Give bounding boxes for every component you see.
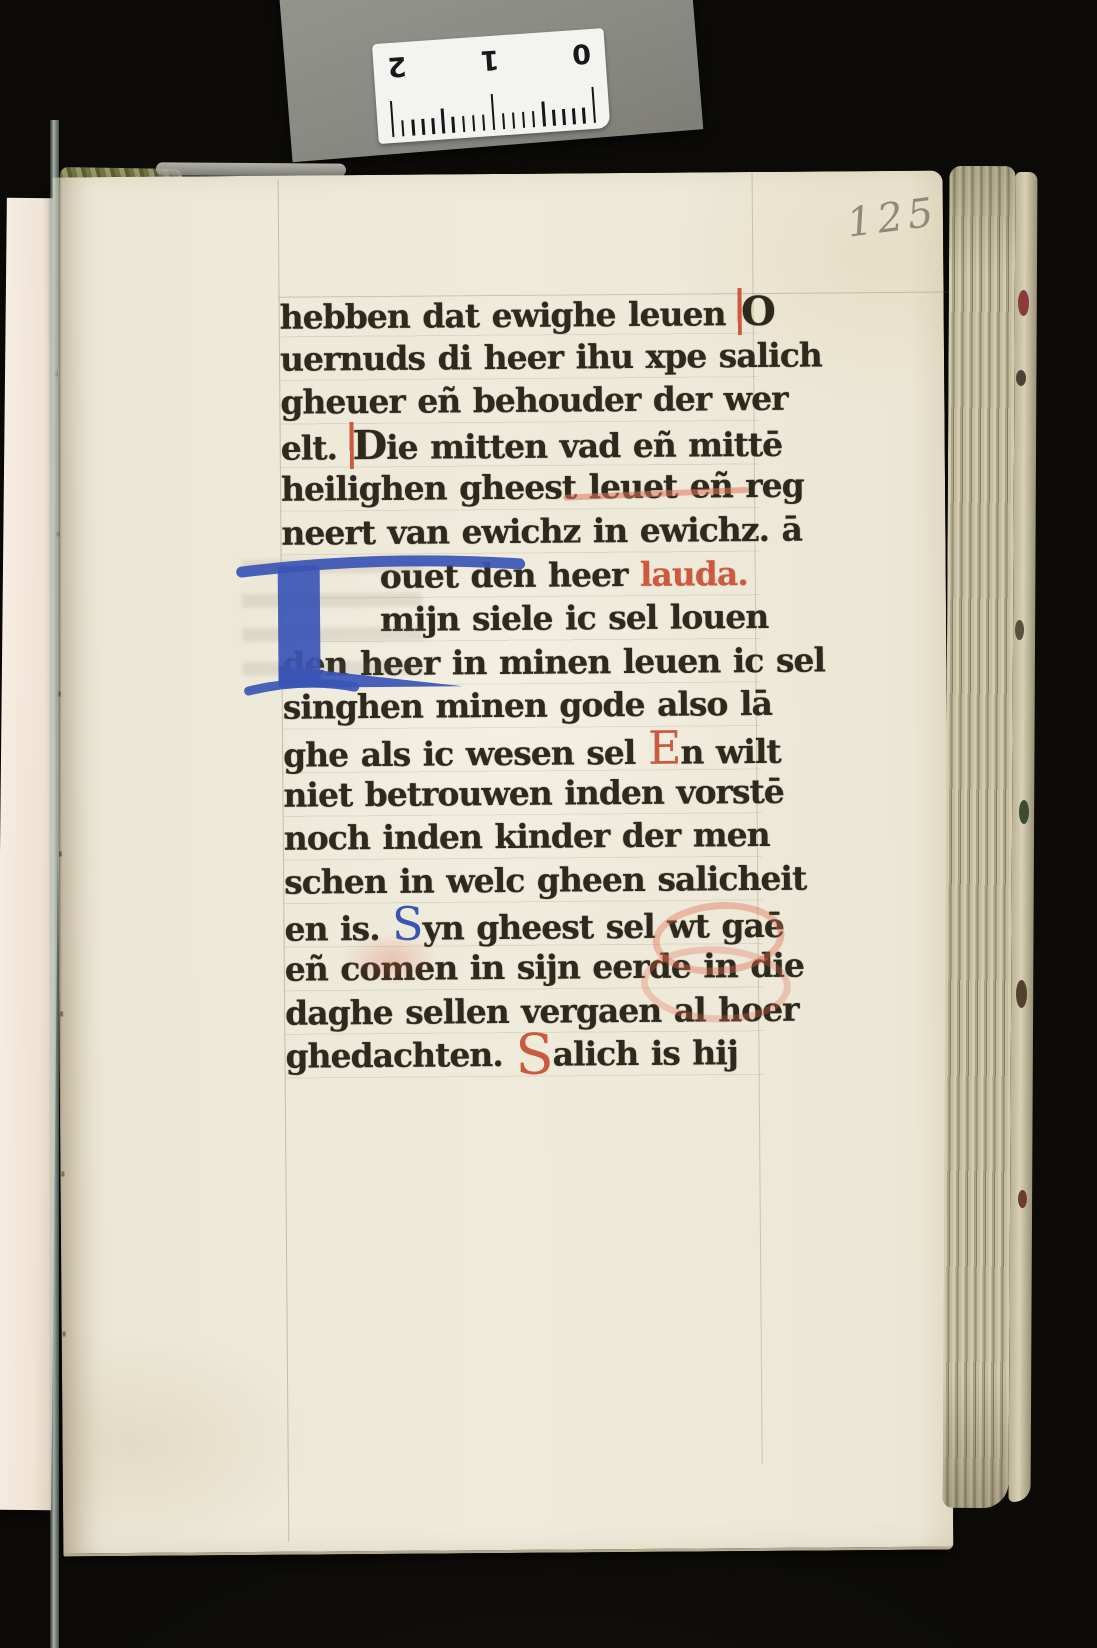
- text-segment: ghe als ic wesen sel: [283, 733, 648, 775]
- text-segment: alich is hij: [553, 1033, 738, 1073]
- text-segment: ghedachten.: [285, 1035, 515, 1076]
- text-segment: elt.: [281, 428, 350, 468]
- ruler-tick: [441, 108, 445, 133]
- ruler-tick: [421, 119, 425, 135]
- manuscript-line: ghedachten. Salich is hij: [285, 1031, 763, 1078]
- ruler-number: 1: [479, 43, 500, 74]
- rubric-segment: O: [738, 288, 775, 335]
- manuscript-line: elt. Die mitten vad eñ mittē: [281, 421, 759, 468]
- scale-tab: 210: [277, 0, 704, 162]
- text-segment: n wilt: [680, 732, 781, 772]
- ruler-tick: [390, 101, 395, 137]
- ruler-tick: [490, 94, 495, 130]
- ruler-tick: [522, 112, 526, 128]
- manuscript-line: niet betrouwen inden vorstē: [283, 769, 761, 816]
- text-segment: ie mitten vad eñ mittē: [386, 425, 782, 467]
- text-segment: niet betrouwen inden vorstē: [283, 771, 784, 814]
- ruler-tick: [562, 109, 566, 125]
- ruler-tick: [512, 112, 516, 128]
- ruler-tick: [502, 113, 506, 129]
- manuscript-line: ghe als ic wesen sel En wilt: [283, 726, 761, 773]
- ruler-tick: [432, 118, 436, 134]
- rubric-segment: D: [349, 422, 386, 469]
- ruler-tick: [552, 110, 556, 126]
- ruler-numbers: 210: [386, 37, 592, 85]
- ruler-ticks: [389, 79, 596, 137]
- ruler-tick: [411, 120, 415, 136]
- ruler-tick: [452, 117, 456, 133]
- text-segment: uernuds di heer ihu xpe salich: [280, 335, 822, 378]
- manuscript-line: gheuer eñ behouder der wer: [280, 377, 758, 424]
- photo-backdrop: 210 125: [0, 0, 1097, 1648]
- ruler-number: 0: [571, 37, 592, 68]
- fore-edge-mark: [1015, 620, 1024, 640]
- red-offset-smudge: [343, 933, 439, 986]
- fore-edge-mark: [1016, 980, 1027, 1008]
- ruler-tick: [591, 87, 596, 123]
- ruler-tick: [401, 120, 405, 136]
- rubric-segment: lauda.: [640, 554, 748, 594]
- manuscript-line: heilighen gheest leuet eñ reg: [281, 464, 759, 511]
- rubric-segment: S: [515, 1023, 553, 1088]
- ruler-tick: [572, 108, 576, 124]
- ruler-tick: [462, 116, 466, 132]
- fore-edge-mark: [1018, 1190, 1027, 1208]
- fore-edge-stack: [942, 166, 1015, 1508]
- text-segment: schen in welc gheen salicheit: [284, 858, 806, 901]
- ruler-tick: [532, 111, 536, 127]
- ruler-tick: [542, 101, 546, 126]
- text-block: hebben dat ewighe leuen Ouernuds di heer…: [280, 290, 764, 1082]
- ruler-tick: [482, 115, 486, 131]
- glass-rod: [50, 120, 59, 1648]
- rubric-segment: E: [648, 721, 681, 775]
- manuscript-page: 125 hebben dat ewighe leuen Ouernuds di …: [53, 171, 954, 1557]
- ruler-sticker: 210: [372, 28, 610, 144]
- manuscript-line: schen in welc gheen salicheit: [284, 857, 762, 904]
- ruler-tick: [472, 115, 476, 131]
- ruler-tick: [582, 108, 586, 124]
- ruler-number: 2: [386, 50, 407, 81]
- manuscript-line: uernuds di heer ihu xpe salich: [280, 334, 758, 381]
- text-segment: noch inden kinder der men: [284, 815, 770, 858]
- fore-edge-mark: [1018, 290, 1029, 316]
- text-segment: gheuer eñ behouder der wer: [280, 379, 787, 422]
- fore-edge-mark: [1016, 370, 1026, 386]
- drop-cap-initial-L: [233, 544, 534, 696]
- page-number: 125: [844, 189, 941, 246]
- text-segment: hebben dat ewighe leuen: [280, 294, 739, 337]
- manuscript-line: noch inden kinder der men: [284, 813, 762, 860]
- fore-edge-mark: [1019, 800, 1029, 824]
- manuscript-line: hebben dat ewighe leuen O: [280, 290, 758, 337]
